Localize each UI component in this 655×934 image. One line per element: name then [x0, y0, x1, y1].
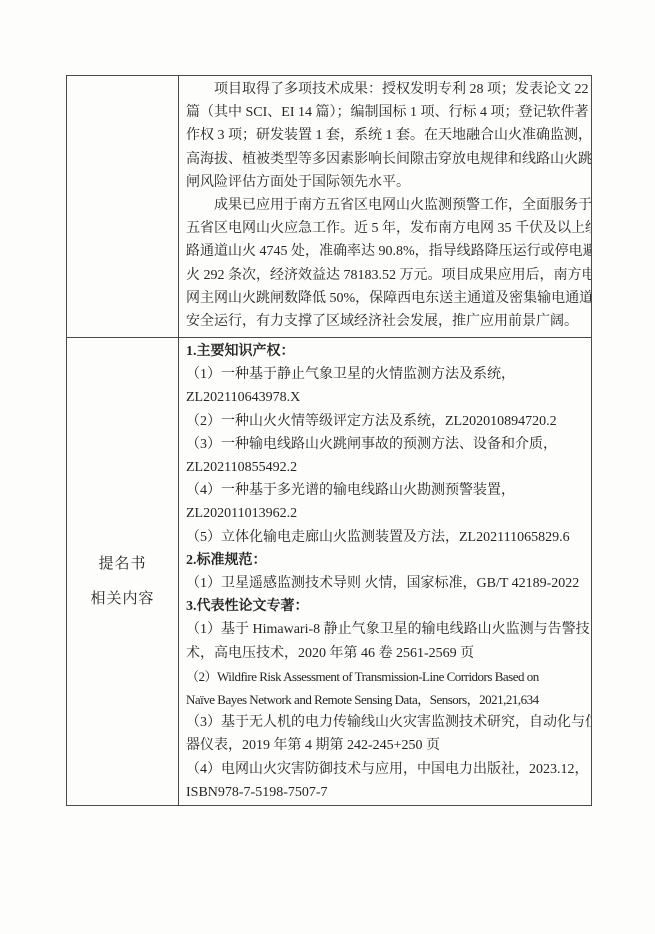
row2-label-cell: 提名书 相关内容 — [67, 338, 179, 805]
row1-content-cell: 项目取得了多项技术成果：授权发明专利 28 项；发表论文 22篇（其中 SCI、… — [179, 76, 591, 338]
row-label-nomination-book: 提名书 — [98, 556, 146, 574]
text-line: 火 292 条次，经济效益达 78183.52 万元。项目成果应用后，南方电 — [186, 264, 587, 287]
row-label-related-content: 相关内容 — [90, 591, 154, 609]
text-line: Naïve Bayes Network and Remote Sensing D… — [186, 688, 587, 711]
section-heading-standards: 2.标准规范： — [186, 549, 587, 572]
text-line: （1）卫星遥感监测技术导则 火情，国家标准，GB/T 42189-2022 — [186, 572, 587, 595]
text-line: （2）一种山火火情等级评定方法及系统，ZL202010894720.2 — [186, 410, 587, 433]
text-line: 网主网山火跳闸数降低 50%，保障西电东送主通道及密集输电通道 — [186, 287, 587, 310]
section-lines-representative-papers: （1）基于 Himawari-8 静止气象卫星的输电线路山火监测与告警技术，高电… — [186, 618, 587, 804]
text-line: （4）电网山火灾害防御技术与应用，中国电力出版社，2023.12， — [186, 758, 587, 781]
nomination-content-table: 项目取得了多项技术成果：授权发明专利 28 项；发表论文 22篇（其中 SCI、… — [66, 75, 592, 806]
text-line: 作权 3 项；研发装置 1 套，系统 1 套。在天地融合山火准确监测， — [186, 124, 587, 147]
text-line: 闸风险评估方面处于国际领先水平。 — [186, 171, 587, 194]
row1-label-cell — [67, 76, 179, 338]
section-standards: 2.标准规范： （1）卫星遥感监测技术导则 火情，国家标准，GB/T 42189… — [186, 549, 587, 595]
text-line: ZL202110643978.X — [186, 386, 587, 409]
text-line: 术，高电压技术，2020 年第 46 卷 2561-2569 页 — [186, 642, 587, 665]
text-line: 五省区电网山火应急工作。近 5 年，发布南方电网 35 千伏及以上线 — [186, 217, 587, 240]
text-line: ISBN978-7-5198-7507-7 — [186, 781, 587, 804]
text-line: （1）基于 Himawari-8 静止气象卫星的输电线路山火监测与告警技 — [186, 618, 587, 641]
section-lines-standards: （1）卫星遥感监测技术导则 火情，国家标准，GB/T 42189-2022 — [186, 572, 587, 595]
text-line: （2）Wildfire Risk Assessment of Transmiss… — [186, 665, 587, 688]
text-line: 成果已应用于南方五省区电网山火监测预警工作，全面服务于 — [186, 194, 587, 217]
section-heading-representative-papers: 3.代表性论文专著： — [186, 595, 587, 618]
section-representative-papers: 3.代表性论文专著： （1）基于 Himawari-8 静止气象卫星的输电线路山… — [186, 595, 587, 804]
text-line: 路通道山火 4745 处，准确率达 90.8%，指导线路降压运行或停电避 — [186, 240, 587, 263]
section-intellectual-property: 1.主要知识产权： （1）一种基于静止气象卫星的火情监测方法及系统，ZL2021… — [186, 340, 587, 549]
text-line: 项目取得了多项技术成果：授权发明专利 28 项；发表论文 22 — [186, 78, 587, 101]
section-lines-intellectual-property: （1）一种基于静止气象卫星的火情监测方法及系统，ZL202110643978.X… — [186, 363, 587, 549]
text-line: ZL202110855492.2 — [186, 456, 587, 479]
paragraph-application-results: 成果已应用于南方五省区电网山火监测预警工作，全面服务于五省区电网山火应急工作。近… — [186, 194, 587, 333]
text-line: （3）一种输电线路山火跳闸事故的预测方法、设备和介质， — [186, 433, 587, 456]
text-line: ZL202011013962.2 — [186, 502, 587, 525]
scanned-page: 项目取得了多项技术成果：授权发明专利 28 项；发表论文 22篇（其中 SCI、… — [0, 0, 655, 934]
text-line: 器仪表，2019 年第 4 期第 242-245+250 页 — [186, 734, 587, 757]
text-line: （5）立体化输电走廊山火监测装置及方法，ZL202111065829.6 — [186, 526, 587, 549]
text-line: （3）基于无人机的电力传输线山火灾害监测技术研究，自动化与仪 — [186, 711, 587, 734]
text-line: （4）一种基于多光谱的输电线路山火勘测预警装置， — [186, 479, 587, 502]
text-line: 篇（其中 SCI、EI 14 篇）；编制国标 1 项、行标 4 项；登记软件著 — [186, 101, 587, 124]
section-heading-intellectual-property: 1.主要知识产权： — [186, 340, 587, 363]
text-line: （1）一种基于静止气象卫星的火情监测方法及系统， — [186, 363, 587, 386]
paragraph-technical-achievements: 项目取得了多项技术成果：授权发明专利 28 项；发表论文 22篇（其中 SCI、… — [186, 78, 587, 194]
text-line: 高海拔、植被类型等多因素影响长间隙击穿放电规律和线路山火跳 — [186, 148, 587, 171]
row2-content-cell: 1.主要知识产权： （1）一种基于静止气象卫星的火情监测方法及系统，ZL2021… — [179, 338, 591, 805]
text-line: 安全运行，有力支撑了区域经济社会发展，推广应用前景广阔。 — [186, 310, 587, 333]
